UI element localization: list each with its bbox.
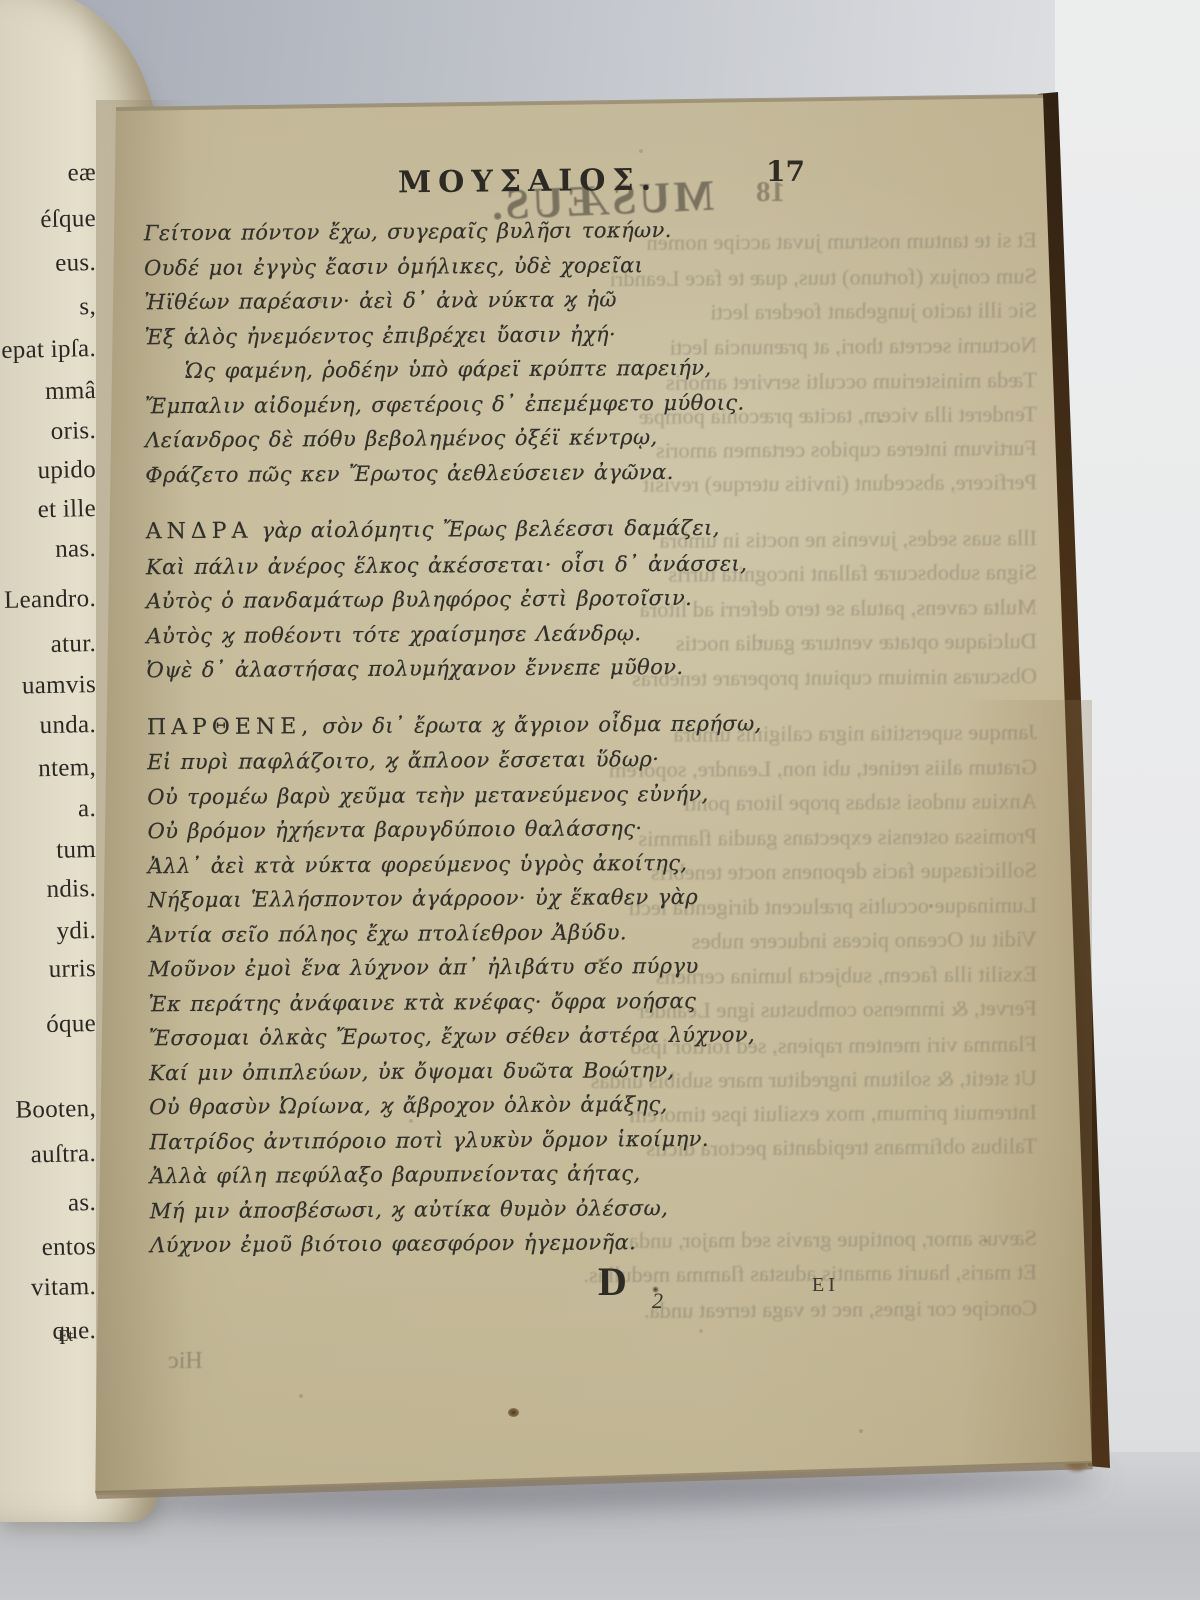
greek-line: Οὐ τρομέω βαρὺ χεῦμα τεὴν μετανεύμενος ε… xyxy=(147,775,877,814)
greek-line: Ἠϊθέων παρέασιν· ἀεὶ δ᾽ ἀνὰ νύκτα ϗ ἠῶ xyxy=(144,281,874,320)
greek-line: Πατρίδος ἀντιπόροιο ποτὶ γλυκὺν ὅρμον ἱκ… xyxy=(149,1120,879,1159)
photo-of-antique-book-page: eæéſqueeus.s,epat ipſa.mmâoris.upidoet i… xyxy=(0,0,1200,1600)
greek-line: Εἰ πυρὶ παφλάζοιτο, ϗ ἄπλοον ἔσσεται ὕδω… xyxy=(147,741,877,780)
greek-line: Μοῦνον ἐμοὶ ἕνα λύχνον ἀπ᾽ ἠλιβάτυ σέο π… xyxy=(148,948,878,987)
signature-mark-number: 2 xyxy=(652,1288,663,1314)
signature-mark-letter: D xyxy=(598,1258,627,1305)
greek-line: Ἐκ περάτης ἀνάφαινε κτὰ κνέφας· ὄφρα νοή… xyxy=(149,982,879,1021)
greek-line: Ουδέ μοι ἐγγὺς ἔασιν ὁμήλικες, ὐδὲ χορεῖ… xyxy=(144,246,874,285)
greek-line: Φράζετο πῶς κεν Ἔρωτος ἀεθλεύσειεν ἀγῶνα… xyxy=(145,453,875,492)
greek-line: Ἔσσομαι ὁλκὰς Ἔρωτος, ἔχων σέθεν ἀστέρα … xyxy=(149,1017,879,1056)
greek-line: Ἀντία σεῖο πόληος ἔχω πτολίεθρον Ἀβύδυ. xyxy=(148,913,878,952)
page-number: 17 xyxy=(766,155,805,188)
greek-line-capitals: ΑΝΔΡΑ xyxy=(146,519,253,545)
running-title-greek: ΜΟΥΣΑΙΟΣ. xyxy=(398,163,658,201)
greek-line: Οὐ θρασὺν Ὠρίωνα, ϗ ἄβροχον ὁλκὸν ἁμάξης… xyxy=(149,1086,879,1125)
greek-text-block: Γείτονα πόντον ἔχω, συγεραῖς βυλῆσι τοκή… xyxy=(144,212,880,1263)
greek-line: Ἀλλὰ φίλη πεφύλαξο βαρυπνείοντας ἀήτας, xyxy=(150,1155,880,1194)
greek-line: ΠΑΡΘΕΝΕ, σὸν δι᾽ ἔρωτα ϗ ἄγριον οἶδμα πε… xyxy=(147,705,877,745)
greek-line: Καί μιν ὀπιπλεύων, ὐκ ὄψομαι δυῶτα Βοώτη… xyxy=(149,1051,879,1090)
catchword: EI xyxy=(812,1274,839,1297)
greek-line: Λείανδρος δὲ πόθυ βεβολημένος ὀξέϊ κέντρ… xyxy=(145,419,875,458)
greek-line: Ἐξ ἁλὸς ἠνεμόεντος ἐπιβρέχει ὔασιν ἠχή· xyxy=(144,315,874,354)
greek-line: Καὶ πάλιν ἀνέρος ἕλκος ἀκέσσεται· οἷσι δ… xyxy=(146,545,876,584)
greek-line: Γείτονα πόντον ἔχω, συγεραῖς βυλῆσι τοκή… xyxy=(144,212,874,251)
greek-line: Ἀλλ᾽ ἀεὶ κτὰ νύκτα φορεύμενος ὑγρὸς ἀκοί… xyxy=(148,844,878,883)
greek-line: Ὡς φαμένη, ῥοδέην ὑπὸ φάρεϊ κρύπτε παρει… xyxy=(145,350,875,389)
greek-line: Ἔμπαλιν αἰδομένη, σφετέροις δ᾽ ἐπεμέμφετ… xyxy=(145,384,875,423)
showthrough-latin-line: Concipe cor ignes, nec te vaga terreat u… xyxy=(232,1295,1037,1327)
showthrough-catchword: Hic xyxy=(168,1348,203,1375)
greek-line: ΑΝΔΡΑ γὰρ αἰολόμητις Ἔρως βελέεσσι δαμάζ… xyxy=(146,510,876,550)
greek-line: Ὀψὲ δ᾽ ἀλαστήσας πολυμήχανον ἔννεπε μῦθο… xyxy=(146,649,876,688)
greek-line: Μή μιν ἀποσβέσωσι, ϗ αὐτίκα θυμὸν ὀλέσσω… xyxy=(150,1189,880,1228)
greek-line: Αὐτὸς ὁ πανδαμάτωρ βυληφόρος ἐστὶ βροτοῖ… xyxy=(146,580,876,619)
greek-line: Αὐτὸς ϗ ποθέοντι τότε χραίσμησε Λεάνδρῳ. xyxy=(146,614,876,653)
greek-line: Λύχνον ἐμοῦ βιότοιο φαεσφόρον ἡγεμονῆα. xyxy=(150,1224,880,1263)
greek-line-capitals: ΠΑΡΘΕΝΕ, xyxy=(147,714,313,740)
greek-line: Οὐ βρόμον ἠχήεντα βαρυγδύποιο θαλάσσης· xyxy=(147,810,877,849)
showthrough-latin-line: Et maris, haurit amantis adustas flamma … xyxy=(232,1259,1037,1291)
greek-line: Νήξομαι Ἑλλήσποντον ἀγάρροον· ὐχ ἕκαθεν … xyxy=(148,879,878,918)
